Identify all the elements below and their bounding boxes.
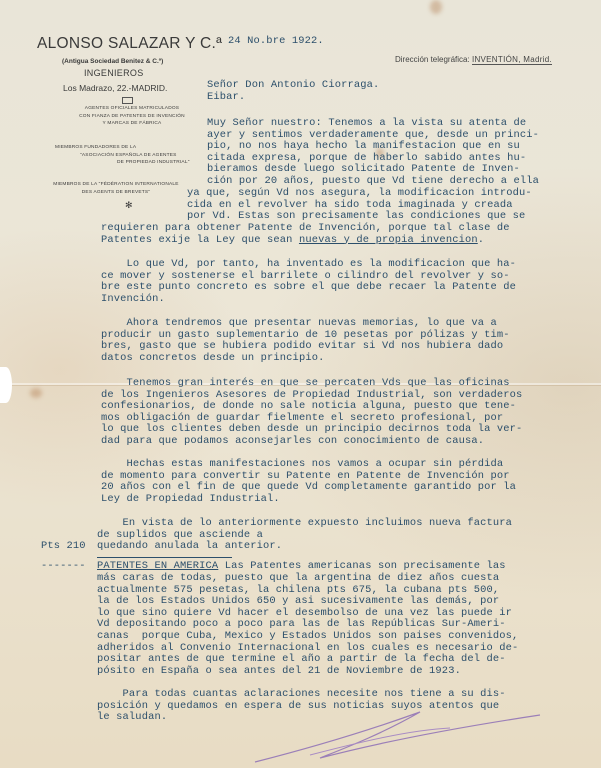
- telegraph-label: Dirección telegráfica:: [395, 55, 470, 64]
- membership-line: DES AGENTS DE BREVETS": [30, 189, 202, 197]
- paper-tear: [0, 367, 12, 403]
- america-heading-line: PATENTES EN AMERICA Las Patentes america…: [97, 561, 506, 573]
- credential-line: Y MARCAS DE FÁBRICA: [62, 120, 202, 128]
- profession: INGENIEROS: [84, 68, 144, 78]
- founders-membership: MIEMBROS FUNDADORES DE LA "ASOCIACIÓN ES…: [55, 144, 205, 167]
- text-line: Tenemos gran interés en que se percaten …: [101, 378, 522, 390]
- text-line: quedando anulada la anterior.: [97, 541, 512, 553]
- text-line: más caras de todas, puesto que la argent…: [97, 573, 518, 585]
- telegraph-address: Dirección telegráfica: INVENTIÓN, Madrid…: [395, 55, 552, 64]
- text-line: En vista de lo anteriormente expuesto in…: [97, 518, 512, 530]
- text-line: dad para que podamos aconsejarles con co…: [101, 436, 522, 448]
- membership-line: MIEMBROS DE LA "FÉDÉRATION INTERNATIONAL…: [30, 181, 202, 189]
- company-name: ALONSO SALAZAR Y C.ª: [37, 35, 222, 53]
- text-line: pósito en España o sea antes del 21 de N…: [97, 666, 518, 678]
- america-heading: PATENTES EN AMERICA: [97, 560, 218, 572]
- membership-line: MIEMBROS FUNDADORES DE LA: [55, 144, 205, 152]
- text-line: Patentes exije la Ley que sean nuevas y …: [101, 235, 510, 247]
- invoice-amount: Pts 210: [41, 541, 86, 553]
- text-segment: Patentes exije la Ley que sean: [101, 234, 299, 246]
- text-line: Ahora tendremos que presentar nuevas mem…: [101, 318, 510, 330]
- credential-line: AGENTES OFICIALES MATRICULADOS: [62, 105, 202, 113]
- text-line: Ley de Propiedad Industrial.: [101, 494, 516, 506]
- letter-date: 24 No.bre 1922.: [228, 36, 324, 48]
- ornament-icon: ✻: [125, 200, 133, 211]
- telegraph-value: INVENTIÓN, Madrid.: [472, 55, 552, 65]
- margin-dashes: -------: [41, 561, 86, 573]
- text-line: ción por 20 años, puesto que Vd tiene de…: [207, 176, 539, 188]
- recipient-city: Eibar.: [207, 92, 379, 104]
- agents-credentials: AGENTES OFICIALES MATRICULADOS CON FIANZ…: [62, 105, 202, 128]
- text-line: datos concretos desde un principio.: [101, 353, 510, 365]
- text-line: ya que, según Vd nos asegura, la modific…: [187, 188, 532, 200]
- text-line: positar antes de que termine el año a pa…: [97, 654, 518, 666]
- paragraph-1-mid: ya que, según Vd nos asegura, la modific…: [187, 188, 532, 223]
- paragraph-2: Lo que Vd, por tanto, ha inventado es la…: [101, 259, 516, 305]
- paper-stain: [430, 0, 442, 14]
- letter-paper: ALONSO SALAZAR Y C.ª (Antigua Sociedad B…: [0, 0, 601, 768]
- federation-membership: MIEMBROS DE LA "FÉDÉRATION INTERNATIONAL…: [30, 181, 202, 196]
- paragraph-3: Ahora tendremos que presentar nuevas mem…: [101, 318, 510, 364]
- text-line: canas porque Cuba, Mexico y Estados Unid…: [97, 631, 518, 643]
- text-line: Invención.: [101, 294, 516, 306]
- paragraph-7: más caras de todas, puesto que la argent…: [97, 573, 518, 677]
- signature-icon: [250, 700, 550, 768]
- former-company-name: (Antigua Sociedad Benitez & C.º): [62, 58, 163, 65]
- text-line: Para todas cuantas aclaraciones necesite…: [97, 689, 506, 701]
- paragraph-1-bottom: requieren para obtener Patente de Invenc…: [101, 223, 510, 246]
- text-line: Hechas estas manifestaciones nos vamos a…: [101, 459, 516, 471]
- text-segment: Las Patentes americanas son precisamente…: [218, 560, 505, 572]
- paper-stain: [30, 388, 42, 398]
- recipient-block: Señor Don Antonio Ciorraga.Eibar.: [207, 80, 379, 103]
- heading-rule: [97, 557, 232, 558]
- company-address: Los Madrazo, 22.-MADRID.: [63, 83, 167, 93]
- underlined-text: nuevas y de propia invencion: [299, 234, 478, 246]
- text-line: Lo que Vd, por tanto, ha inventado es la…: [101, 259, 516, 271]
- paragraph-5: Hechas estas manifestaciones nos vamos a…: [101, 459, 516, 505]
- recipient-name: Señor Don Antonio Ciorraga.: [207, 80, 379, 92]
- membership-line: DE PROPIEDAD INDUSTRIAL": [55, 159, 205, 167]
- paragraph-1-top: Muy Señor nuestro: Tenemos a la vista su…: [207, 118, 539, 188]
- envelope-icon: [122, 97, 133, 104]
- membership-line: "ASOCIACIÓN ESPAÑOLA DE AGENTES: [55, 152, 205, 160]
- text-segment: .: [478, 234, 484, 246]
- paragraph-6: En vista de lo anteriormente expuesto in…: [97, 518, 512, 553]
- paragraph-4: Tenemos gran interés en que se percaten …: [101, 378, 522, 448]
- text-line: Muy Señor nuestro: Tenemos a la vista su…: [207, 118, 539, 130]
- credential-line: CON FIANZA DE PATENTES DE INVENCIÓN: [62, 113, 202, 121]
